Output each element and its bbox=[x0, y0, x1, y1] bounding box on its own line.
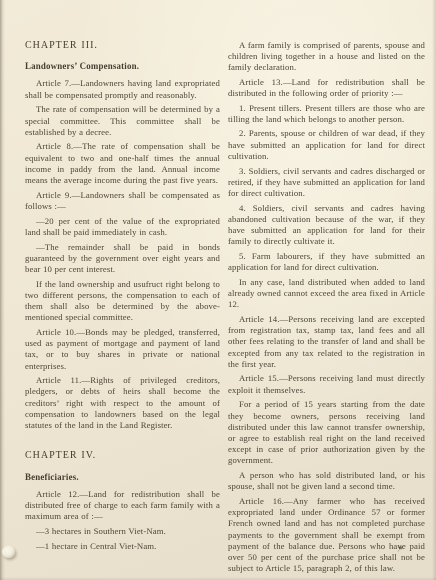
priority-item-2-war-dead-family: 2. Parents, spouse or children of war de… bbox=[228, 128, 425, 162]
dash-item-southern-vietnam: —3 hectares in Southern Viet-Nam. bbox=[25, 526, 220, 537]
priority-item-3-discharged-soldiers: 3. Soldiers, civil servants and cadres d… bbox=[228, 166, 425, 200]
paper-blemish bbox=[2, 546, 15, 558]
paragraph-15-year-restriction: For a period of 15 years starting from t… bbox=[228, 399, 425, 466]
paragraph-article-15: Article 15.—Persons receiving land must … bbox=[228, 373, 425, 395]
paragraph-article-16: Article 16.—Any farmer who has received … bbox=[228, 496, 425, 574]
dash-item-bonds-remainder: —The remainder shall be paid in bonds gu… bbox=[25, 242, 220, 276]
dash-item-cash-payment: —20 per cent of the value of the expropr… bbox=[25, 216, 220, 238]
paragraph-article-7: Article 7.—Landowners having land exprop… bbox=[25, 78, 220, 100]
paragraph-article-11: Article 11.—Rights of privileged credito… bbox=[25, 375, 220, 431]
chapter-iii-heading: CHAPTER III. bbox=[25, 40, 220, 51]
paragraph-article-10: Article 10.—Bonds may be pledged, transf… bbox=[25, 327, 220, 372]
document-page: CHAPTER III. Landowners’ Compensation. A… bbox=[0, 0, 436, 580]
dash-item-central-vietnam: —1 hectare in Central Viet-Nam. bbox=[25, 541, 220, 552]
right-column: A farm family is comprised of parents, s… bbox=[228, 36, 425, 574]
left-column: CHAPTER III. Landowners’ Compensation. A… bbox=[25, 40, 220, 552]
paragraph-usufruct: If the land ownership and usufruct right… bbox=[25, 279, 220, 324]
scan-left-edge-shadow bbox=[0, 0, 5, 580]
paragraph-article-14: Article 14.—Persons receiving land are e… bbox=[228, 314, 425, 370]
chapter-iv-heading: CHAPTER IV. bbox=[25, 450, 220, 461]
paragraph-article-9: Article 9.—Landowners shall be compensat… bbox=[25, 190, 220, 212]
paragraph-farm-family-definition: A farm family is comprised of parents, s… bbox=[228, 40, 425, 74]
section-title-landowners-compensation: Landowners’ Compensation. bbox=[25, 61, 220, 72]
priority-item-1-present-tillers: 1. Present tillers. Present tillers are … bbox=[228, 103, 425, 125]
paragraph-rate-of-compensation: The rate of compensation will be determi… bbox=[25, 104, 220, 138]
priority-item-4-abandoned-cultivation: 4. Soldiers, civil servants and cadres h… bbox=[228, 203, 425, 248]
paragraph-area-limit: In any case, land distributed when added… bbox=[228, 277, 425, 311]
section-title-beneficiaries: Beneficiaries. bbox=[25, 472, 220, 483]
paragraph-article-8: Article 8.—The rate of compensation shal… bbox=[25, 141, 220, 186]
paragraph-no-second-grant: A person who has sold distributed land, … bbox=[228, 470, 425, 492]
paragraph-article-13: Article 13.—Land for redistribution shal… bbox=[228, 77, 425, 99]
priority-item-5-farm-labourers: 5. Farm labourers, if they have submitte… bbox=[228, 251, 425, 273]
scan-right-edge-shadow bbox=[432, 0, 436, 580]
paragraph-article-12: Article 12.—Land for redistribution shal… bbox=[25, 489, 220, 523]
